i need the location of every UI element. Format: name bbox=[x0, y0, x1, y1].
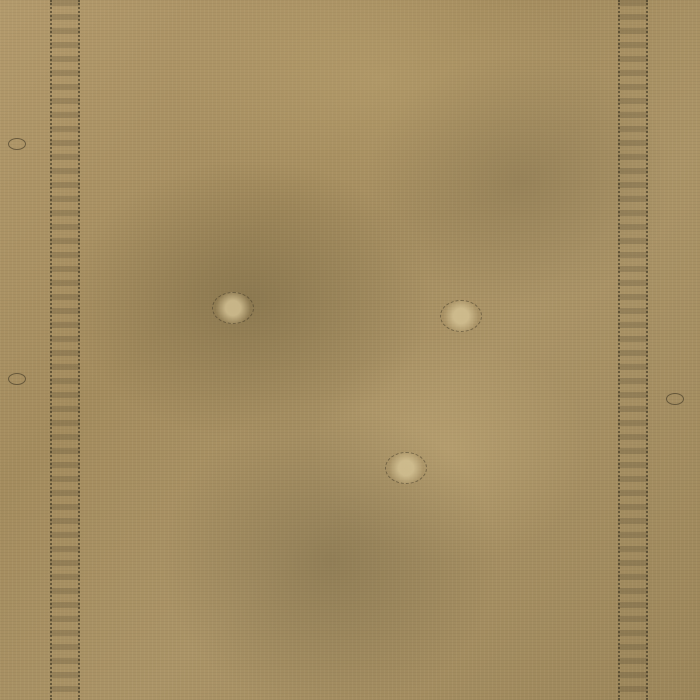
floral-motif bbox=[212, 292, 254, 324]
floral-motif bbox=[385, 452, 427, 484]
right-border-band bbox=[618, 0, 648, 700]
small-medallion-motif bbox=[666, 393, 684, 405]
small-medallion-motif bbox=[8, 138, 26, 150]
left-border-band bbox=[50, 0, 80, 700]
floral-motif bbox=[440, 300, 482, 332]
rug-texture: Distressed Persian-style rug texture in … bbox=[0, 0, 700, 700]
small-medallion-motif bbox=[8, 373, 26, 385]
